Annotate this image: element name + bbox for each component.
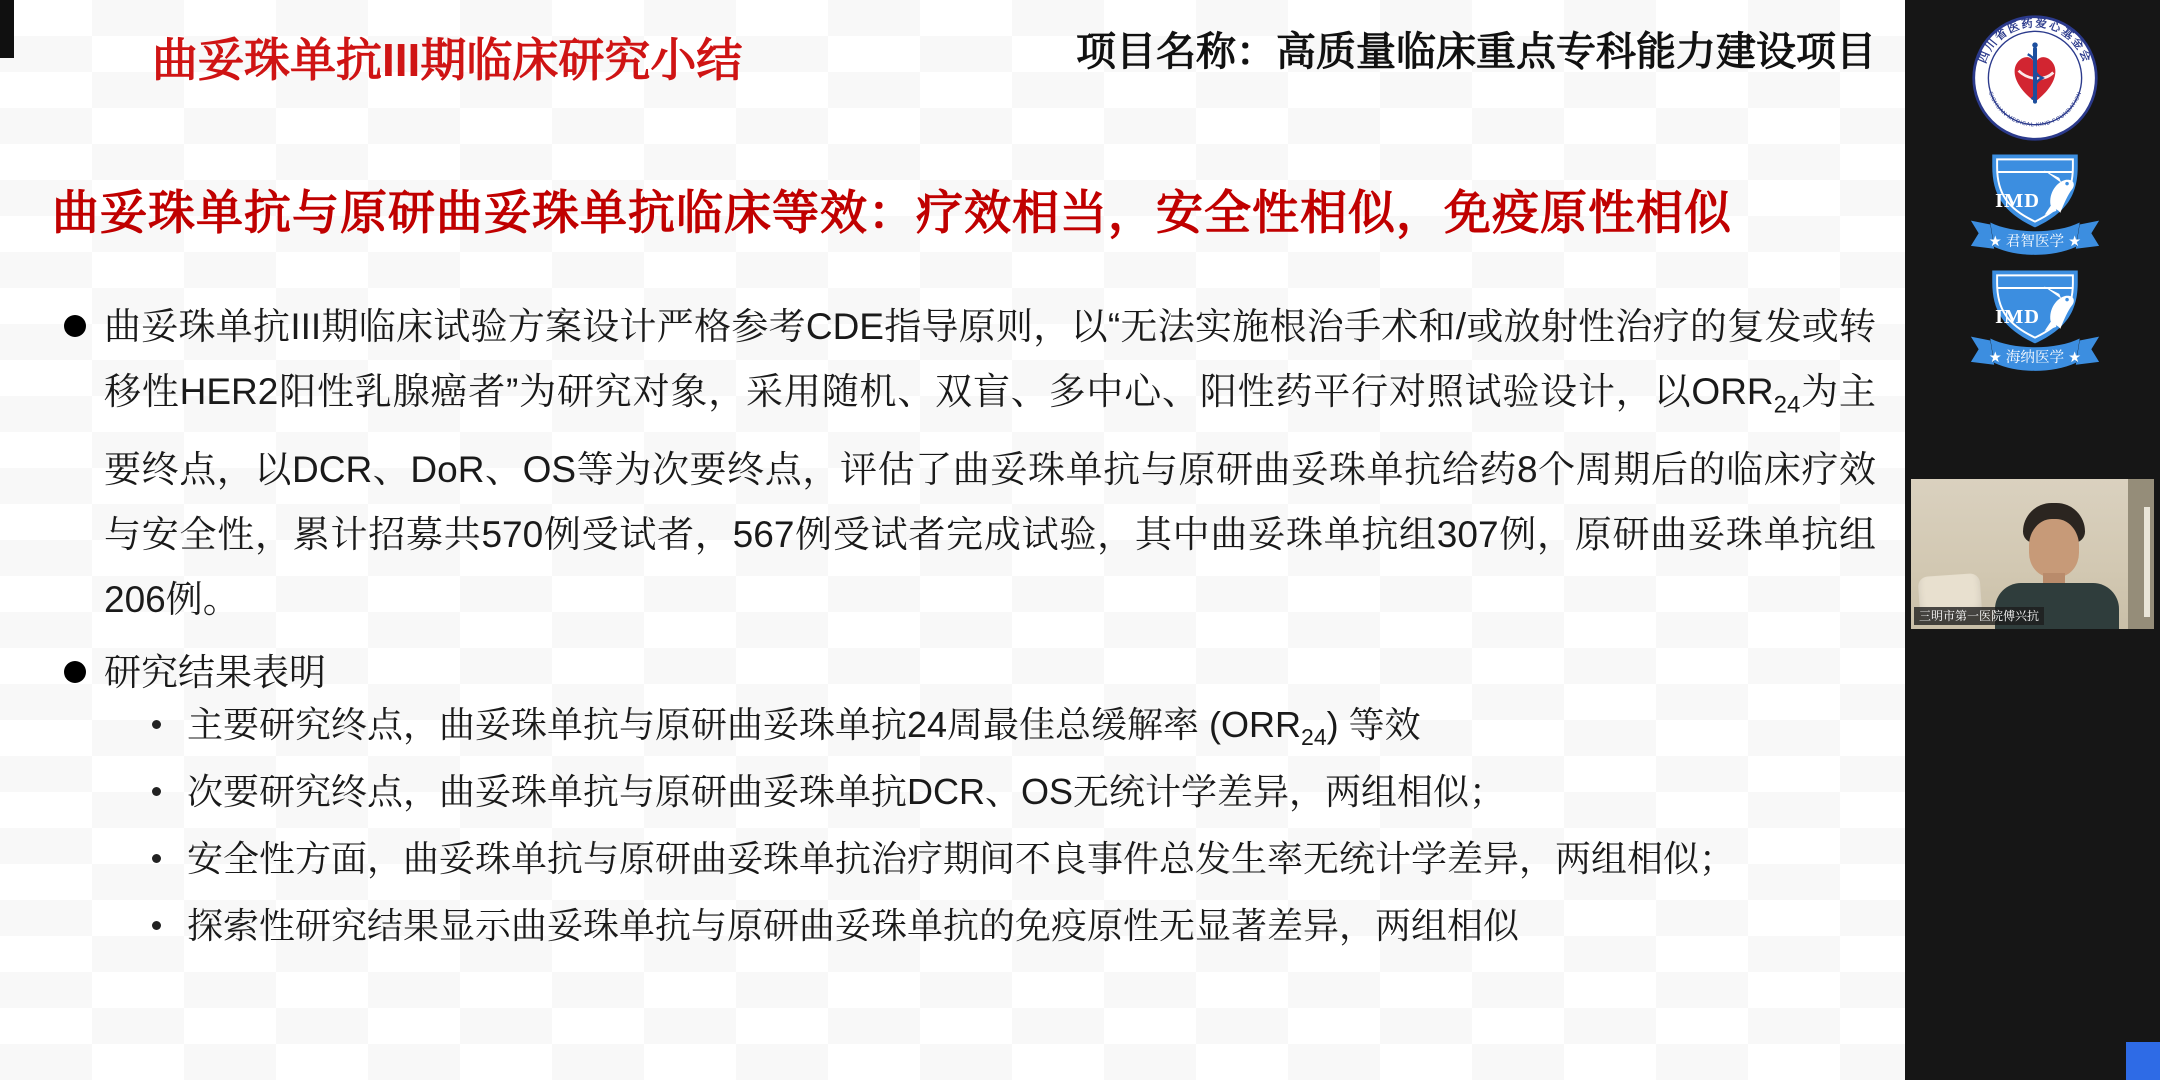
imd-banner-text: ★ 海纳医学 ★: [1989, 348, 2081, 366]
result-item-text: 主要研究终点，曲妥珠单抗与原研曲妥珠单抗24周最佳总缓解率 (ORR24) 等效: [187, 698, 1421, 764]
imd-banner-text: ★ 君智医学 ★: [1989, 233, 2081, 250]
results-list: 主要研究终点，曲妥珠单抗与原研曲妥珠单抗24周最佳总缓解率 (ORR24) 等效…: [152, 698, 1802, 966]
imd-acronym: IMD: [1995, 190, 2040, 212]
sichuan-medical-kind-foundation-logo: 四川省医药爱心基金会 SICHUAN MEDICAL KIND FOUNDATI…: [1971, 14, 2099, 142]
bullet-icon: [64, 661, 86, 683]
bullet1-part1: 曲妥珠单抗III期临床试验方案设计严格参考CDE指导原则，以“无法实施根治手术和…: [104, 306, 1876, 412]
bullet-paragraph-text: 曲妥珠单抗III期临床试验方案设计严格参考CDE指导原则，以“无法实施根治手术和…: [104, 294, 1876, 632]
slide-heading: 曲妥珠单抗与原研曲妥珠单抗临床等效：疗效相当，安全性相似，免疫原性相似: [52, 176, 1732, 243]
results-label-text: 研究结果表明: [104, 640, 326, 705]
sub-bullet-icon: [152, 787, 161, 796]
list-item: 次要研究终点，曲妥珠单抗与原研曲妥珠单抗DCR、OS无统计学差异，两组相似；: [152, 765, 1802, 832]
list-item: 安全性方面，曲妥珠单抗与原研曲妥珠单抗治疗期间不良事件总发生率无统计学差异，两组…: [152, 832, 1802, 899]
result-2-part1: 次要研究终点，曲妥珠单抗与原研曲妥珠单抗DCR、OS无统计学差异，两组相似；: [187, 771, 1505, 812]
result-1-part1: 主要研究终点，曲妥珠单抗与原研曲妥珠单抗24周最佳总缓解率 (ORR: [187, 704, 1301, 745]
list-item: 探索性研究结果显示曲妥珠单抗与原研曲妥珠单抗的免疫原性无显著差异，两组相似: [152, 899, 1802, 966]
meeting-frame: 曲妥珠单抗III期临床研究小结 项目名称：高质量临床重点专科能力建设项目 曲妥珠…: [0, 0, 2160, 1080]
list-item: 主要研究终点，曲妥珠单抗与原研曲妥珠单抗24周最佳总缓解率 (ORR24) 等效: [152, 698, 1802, 765]
slide-title: 曲妥珠单抗III期临床研究小结: [152, 24, 742, 90]
webcam-video[interactable]: 三明市第一医院傅兴抗: [1911, 479, 2154, 629]
result-3-part1: 安全性方面，曲妥珠单抗与原研曲妥珠单抗治疗期间不良事件总发生率无统计学差异，两组…: [187, 838, 1735, 879]
sub-bullet-icon: [152, 720, 161, 729]
webcam-door-light: [2144, 507, 2150, 617]
speaker-face: [2029, 519, 2079, 577]
sub-bullet-icon: [152, 921, 161, 930]
bullet-icon: [64, 315, 86, 337]
project-name: 项目名称：高质量临床重点专科能力建设项目: [1076, 20, 1876, 77]
sub-bullet-icon: [152, 854, 161, 863]
imd-junzhi-logo: IMD ★ 君智医学 ★: [1967, 152, 2103, 262]
orr-subscript: 24: [1774, 391, 1801, 418]
imd-haina-logo: IMD ★ 海纳医学 ★: [1967, 268, 2103, 378]
result-item-text: 次要研究终点，曲妥珠单抗与原研曲妥珠单抗DCR、OS无统计学差异，两组相似；: [187, 765, 1505, 819]
bullet-results-label: 研究结果表明: [64, 640, 1764, 705]
right-sidebar: 四川省医药爱心基金会 SICHUAN MEDICAL KIND FOUNDATI…: [1905, 0, 2160, 1080]
result-4-part1: 探索性研究结果显示曲妥珠单抗与原研曲妥珠单抗的免疫原性无显著差异，两组相似: [187, 905, 1519, 946]
webcam-background-strip: [2128, 479, 2154, 629]
result-item-text: 探索性研究结果显示曲妥珠单抗与原研曲妥珠单抗的免疫原性无显著差异，两组相似: [187, 899, 1519, 953]
webcam-name-label: 三明市第一医院傅兴抗: [1914, 607, 2044, 625]
bullet-paragraph-study-design: 曲妥珠单抗III期临床试验方案设计严格参考CDE指导原则，以“无法实施根治手术和…: [64, 294, 1876, 632]
orr-subscript: 24: [1301, 724, 1327, 750]
imd-acronym: IMD: [1995, 306, 2040, 328]
corner-blue-button[interactable]: [2126, 1042, 2160, 1080]
result-1-part2: ) 等效: [1327, 704, 1421, 745]
result-item-text: 安全性方面，曲妥珠单抗与原研曲妥珠单抗治疗期间不良事件总发生率无统计学差异，两组…: [187, 832, 1735, 886]
letterbox-notch: [0, 0, 14, 58]
